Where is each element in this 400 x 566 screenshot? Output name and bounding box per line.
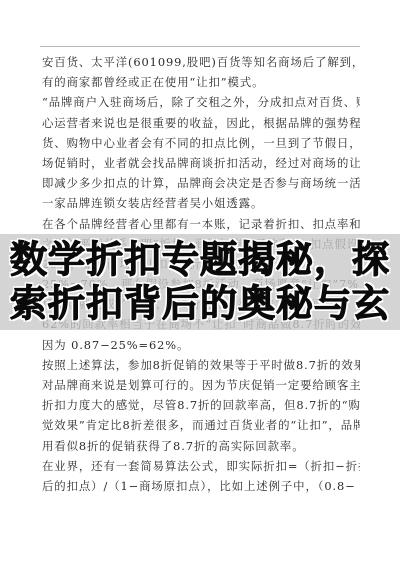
text-line: 安百货、太平洋(601099,股吧)百货等知名商场后了解到，几乎所 xyxy=(42,52,360,72)
text-line: 折扣力度大的感觉，尽管8.7折的回款率高，但8.7折的“购买视 xyxy=(42,395,360,415)
overlay-title: 数学折扣专题揭秘，探 索折扣背后的奥秘与玄 xyxy=(0,238,400,326)
title-line-2: 索折扣背后的奥秘与玄 xyxy=(0,282,400,326)
text-line: 场促销时，业者就会找品牌商谈折扣活动，经过对商场的让扣空间 xyxy=(42,153,360,173)
header-divider xyxy=(40,46,360,47)
text-line: 在各个品牌经营者心里都有一本账，记录着折扣、扣点率和回款率 xyxy=(42,214,360,234)
text-line: 有的商家都曾经或正在使用“让扣”模式。 xyxy=(42,72,360,92)
text-line: “品牌商户入驻商场后，除了交租之外，分成扣点对百货、购物中 xyxy=(42,92,360,112)
title-line-1: 数学折扣专题揭秘，探 xyxy=(0,238,400,282)
text-line: 因为 0.87−25%=62%。 xyxy=(42,335,360,355)
text-line: 用看似8折的促销获得了8.7折的高实际回款率。 xyxy=(42,436,360,456)
text-line: 即减少多少扣点的计算，品牌商会决定是否参与商场统一活动。” xyxy=(42,173,360,193)
text-line: 在业界，还有一套简易算法公式，即实际折扣=（折扣−折扣×让扣 xyxy=(42,456,360,476)
text-line: 对品牌商来说是划算可行的。因为节庆促销一定要给顾客主题鲜明、 xyxy=(42,375,360,395)
text-line: 按照上述算法，参加8折促销的效果等于平时做8.7折的效果，这 xyxy=(42,355,360,375)
text-line: 一家品牌连锁女装店经营者吴小姐透露。 xyxy=(42,193,360,213)
text-line: 货、购物中心业者会有不同的扣点比例，一旦到了节假日，需要全 xyxy=(42,133,360,153)
text-line: 觉效果”肯定比8折差很多，而通过百货业者的“让扣”，品牌商 xyxy=(42,415,360,435)
text-line: 心运营者来说也是很重要的收益，因此，根据品牌的强势程度，百 xyxy=(42,113,360,133)
text-line: 后的扣点）/（1−商场原扣点），比如上述例子中，（0.8− xyxy=(42,476,360,496)
